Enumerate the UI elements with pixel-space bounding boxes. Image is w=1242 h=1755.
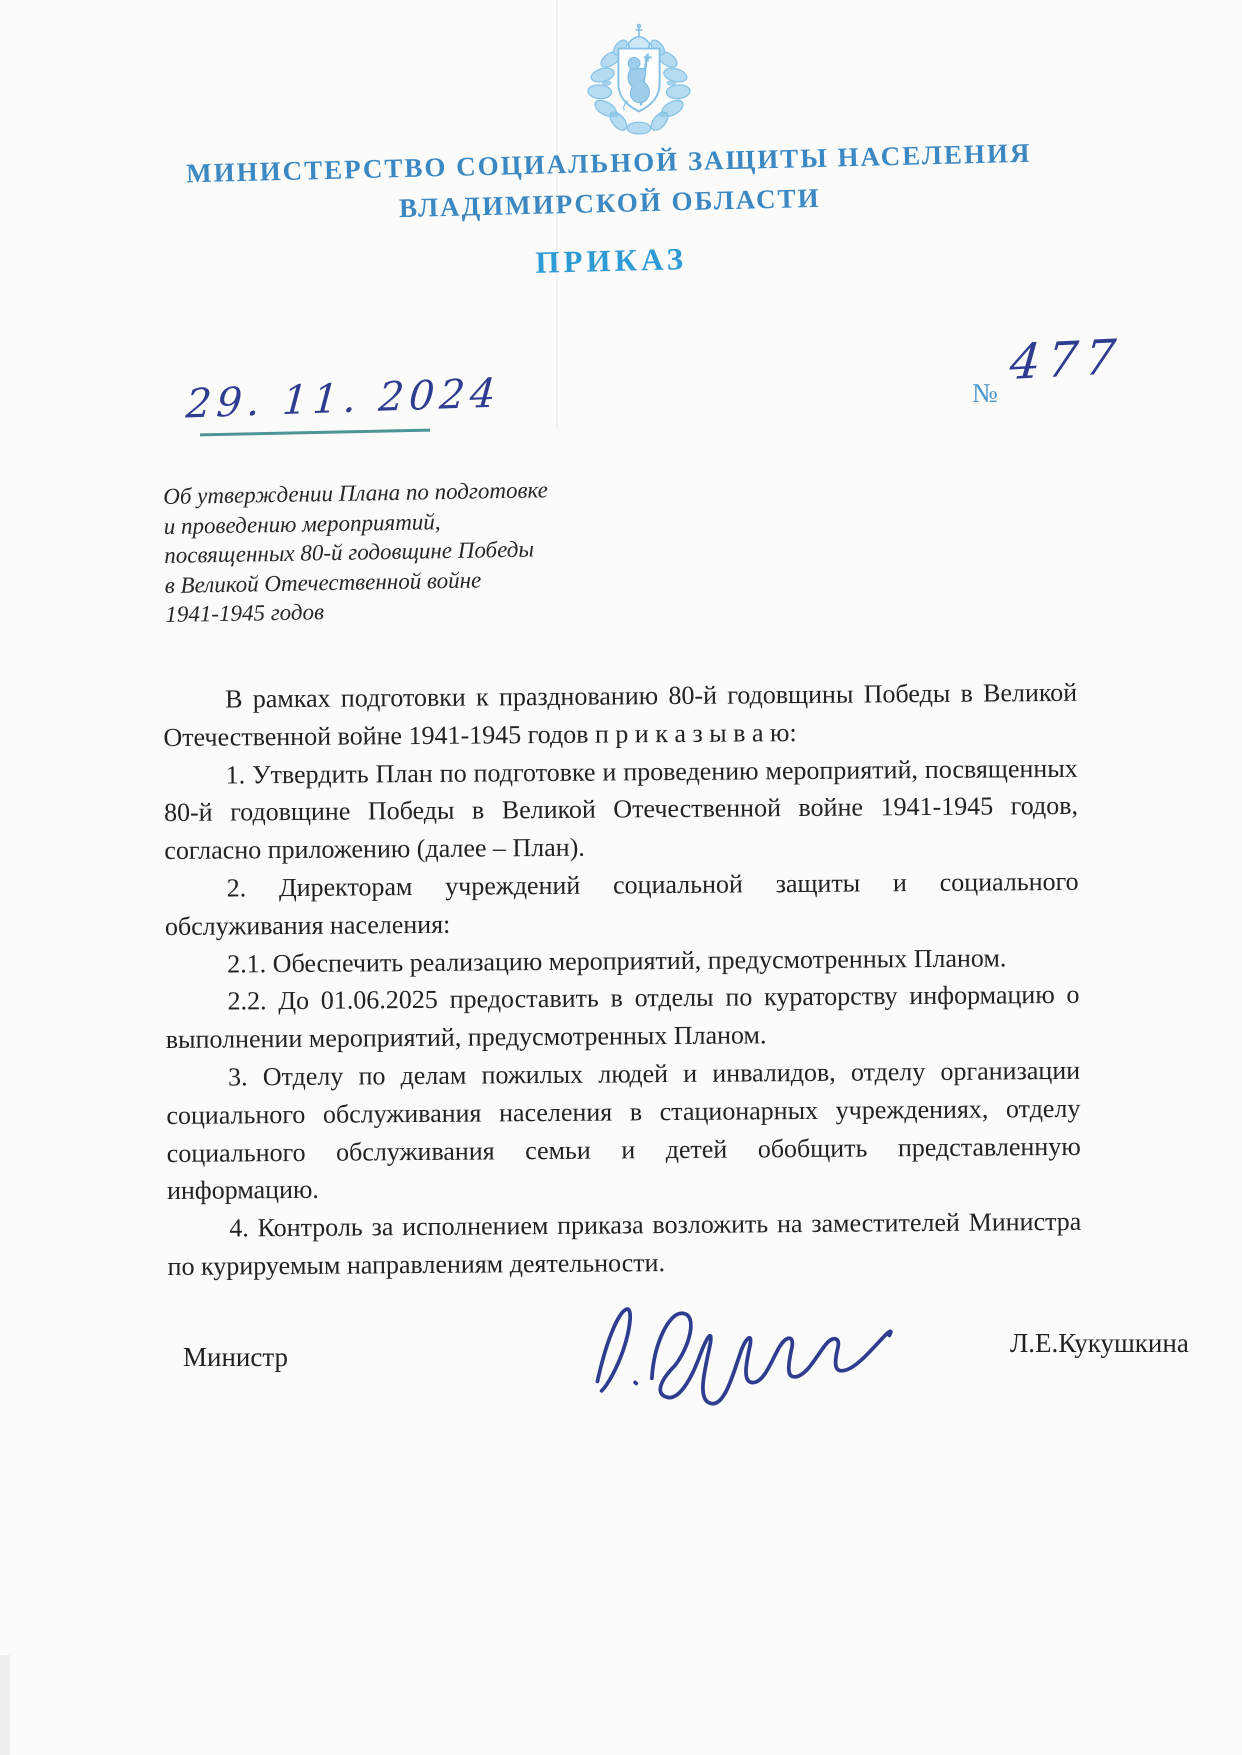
- document-type-title: ПРИКАЗ: [101, 231, 1122, 292]
- document-body: В рамках подготовки к празднованию 80-й …: [163, 674, 1082, 1286]
- handwritten-date: 29. 11. 2024: [184, 370, 501, 427]
- scanned-order-document: МИНИСТЕРСТВО СОЦИАЛЬНОЙ ЗАЩИТЫ НАСЕЛЕНИЯ…: [0, 0, 1242, 1755]
- body-paragraph: 4. Контроль за исполнением приказа возло…: [167, 1203, 1082, 1286]
- handwritten-order-number: 477: [1008, 329, 1125, 391]
- scan-edge-artifact: [0, 1655, 10, 1755]
- signer-name: Л.Е.Кукушкина: [1010, 1328, 1189, 1359]
- body-paragraph: В рамках подготовки к празднованию 80-й …: [163, 674, 1078, 757]
- document-subject: Об утверждении Плана по подготовке и про…: [163, 474, 636, 630]
- number-sign: №: [972, 378, 998, 409]
- signer-position: Министр: [183, 1342, 288, 1373]
- coat-of-arms-icon: [585, 22, 693, 136]
- body-paragraph: 2.2. До 01.06.2025 предоставить в отделы…: [165, 976, 1080, 1059]
- handwritten-signature-icon: [578, 1282, 914, 1418]
- date-underline: [200, 429, 430, 436]
- body-paragraph: 2. Директорам учреждений социальной защи…: [164, 863, 1079, 946]
- letterhead: МИНИСТЕРСТВО СОЦИАЛЬНОЙ ЗАЩИТЫ НАСЕЛЕНИЯ…: [99, 136, 1122, 292]
- body-paragraph: 3. Отделу по делам пожилых людей и инвал…: [166, 1052, 1081, 1210]
- body-paragraph: 1. Утвердить План по подготовке и провед…: [164, 749, 1079, 870]
